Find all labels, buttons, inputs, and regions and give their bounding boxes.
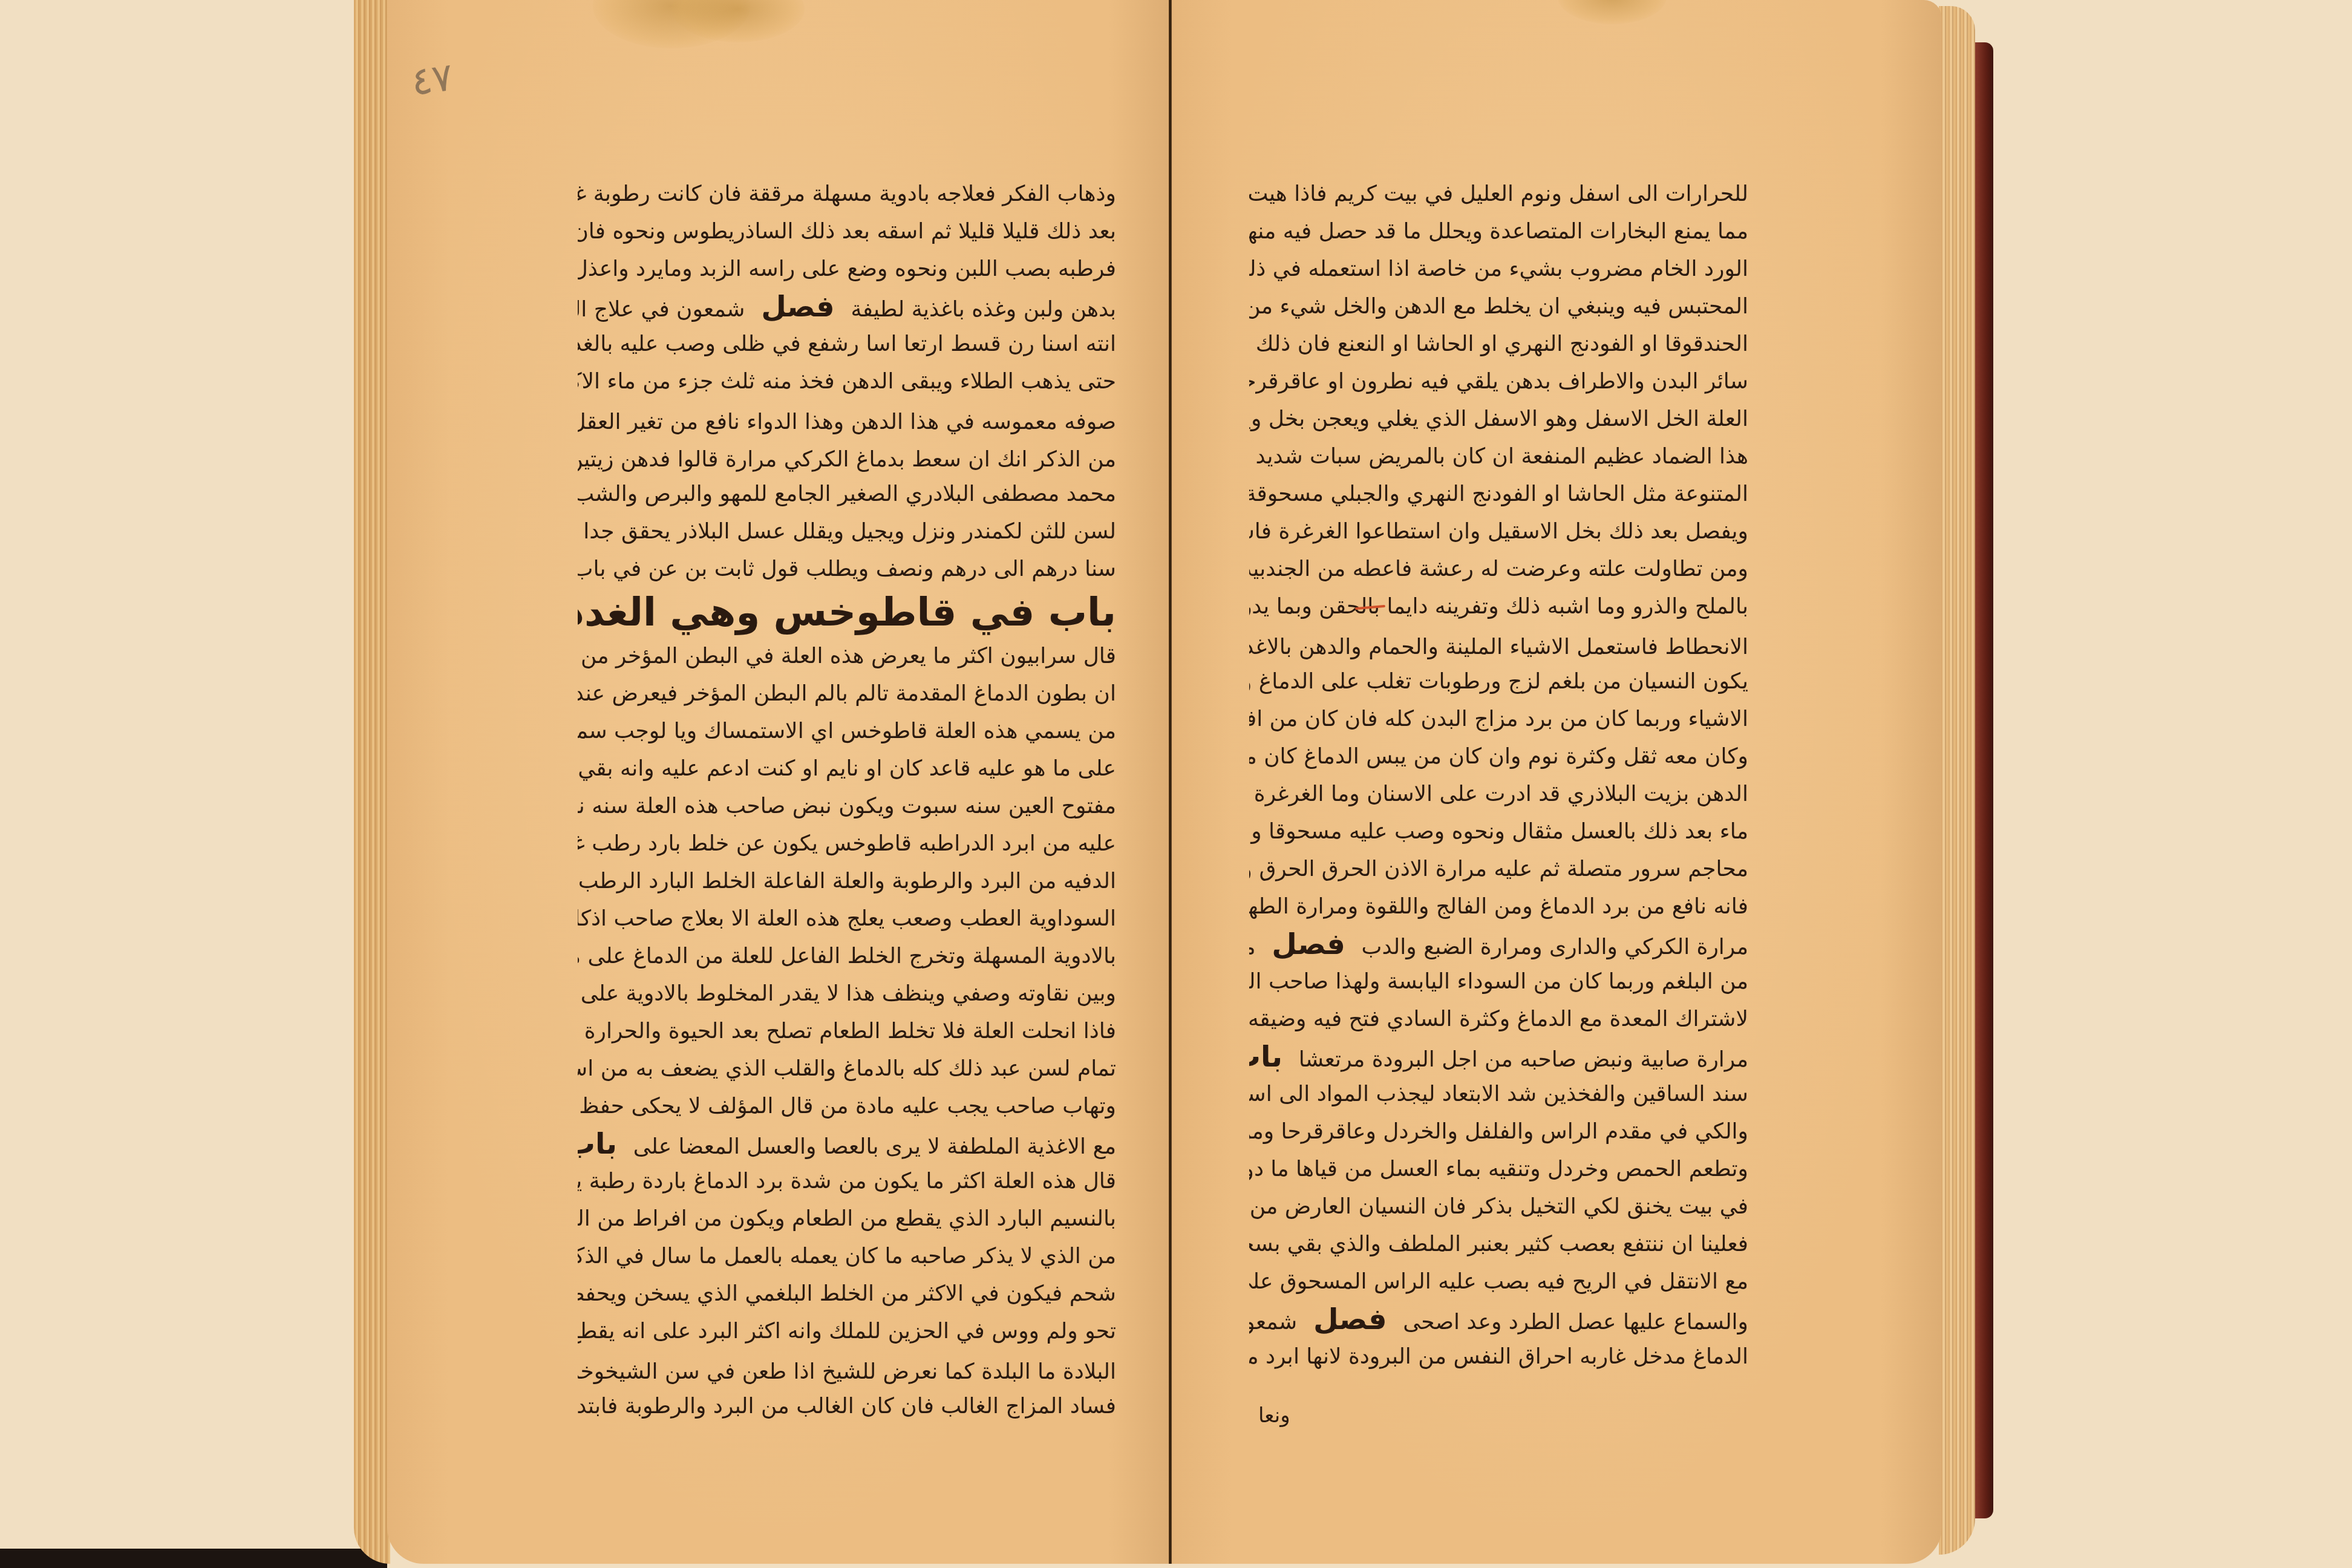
line-text: هذا الضماد عظيم المنفعة ان كان بالمريض س… [1249, 444, 1748, 469]
line-text: بالملح والذرو وما اشبه ذلك وتفرينه دايما… [1249, 594, 1748, 619]
manuscript-line: الحندقوقا او الفودنج النهري او الحاشا او… [1249, 325, 1748, 363]
manuscript-line: ان بطون الدماغ المقدمة تالم بالم البطن ا… [578, 675, 1116, 713]
line-text: سند الساقين والفخذين شد الابتعاد ليجذب ا… [1249, 1082, 1748, 1106]
line-text: يكون النسيان من بلغم لزج ورطوبات تغلب عل… [1249, 669, 1748, 694]
line-text: للحرارات الى اسفل ونوم العليل في بيت كري… [1249, 181, 1748, 206]
manuscript-line: الورد الخام مضروب بشيء من خاصة اذا استعم… [1249, 250, 1748, 288]
manuscript-line: من البلغم وربما كان من السوداء اليابسة و… [1249, 963, 1748, 1001]
water-stain [1558, 0, 1667, 24]
manuscript-line: مع الانتقل في الريح فيه بصب عليه الراس ا… [1249, 1263, 1748, 1301]
line-text: السوداوية العطب وصعب يعلج هذه العلة الا … [578, 906, 1116, 931]
manuscript-line: حتى يذهب الطلاء ويبقى الدهن فخذ منه ثلث … [578, 363, 1116, 400]
line-text: وذهاب الفكر فعلاجه بادوية مسهلة مرققة فا… [578, 181, 1116, 206]
manuscript-line: انته اسنا رن قسط ارتعا اسا رشفع في ظلى و… [578, 325, 1116, 363]
manuscript-line: صوفه معموسه في هذا الدهن وهذا الدواء ناف… [578, 400, 1116, 438]
line-text: قال هذه العلة اكثر ما يكون من شدة برد ال… [578, 1169, 1116, 1194]
manuscript-line: من يسمي هذه العلة قاطوخس اي الاستمساك وي… [578, 713, 1116, 750]
manuscript-line: بدهن ولبن وغذه باغذية لطيفة فصل شمعون في… [578, 288, 1116, 325]
manuscript-line: للحرارات الى اسفل ونوم العليل في بيت كري… [1249, 175, 1748, 213]
manuscript-line: قال سرابيون اكثر ما يعرض هذه العلة في ال… [578, 638, 1116, 675]
line-text: من الذكر انك ان سعط بدماغ الكركي مرارة ق… [578, 447, 1116, 472]
line-text: الحندقوقا او الفودنج النهري او الحاشا او… [1249, 332, 1748, 356]
manuscript-line: الدهن بزيت البلاذري قد ادرت على الاسنان … [1249, 776, 1748, 813]
line-text: حتى يذهب الطلاء ويبقى الدهن فخذ منه ثلث … [578, 369, 1116, 394]
line-text: من الذي لا يذكر صاحبه ما كان يعمله بالعم… [578, 1244, 1116, 1269]
line-text: ان بطون الدماغ المقدمة تالم بالم البطن ا… [578, 681, 1116, 706]
line-text: بعد ذلك قليلا قليلا ثم اسقه بعد ذلك السا… [578, 219, 1116, 244]
manuscript-line: بالملح والذرو وما اشبه ذلك وتفرينه دايما… [1249, 588, 1748, 626]
line-text: فعلينا ان ننتفع بعصب كثير بعنبر الملطف و… [1249, 1232, 1748, 1256]
right-page-text-block: للحرارات الى اسفل ونوم العليل في بيت كري… [1249, 175, 1748, 1376]
manuscript-line: وبين نقاوته وصفي وينظف هذا لا يقدر المخل… [578, 975, 1116, 1013]
line-text: في بيت يخنق لكي التخيل بذكر فان النسيان … [1249, 1194, 1748, 1219]
line-text: الورد الخام مضروب بشيء من خاصة اذا استعم… [1249, 256, 1748, 281]
rubric-section-marker: باب [578, 1127, 633, 1161]
line-text: مع الانتقل في الريح فيه بصب عليه الراس ا… [1249, 1269, 1748, 1294]
line-text: انته اسنا رن قسط ارتعا اسا رشفع في ظلى و… [578, 332, 1116, 356]
red-leather-cover-edge [1975, 42, 1993, 1518]
manuscript-line: عليه من ابرد الدراطبه قاطوخس يكون عن خلط… [578, 825, 1116, 863]
line-text: محاجم سرور متصلة ثم عليه مرارة الاذن الح… [1249, 857, 1748, 881]
line-text-continued: مجهول النسيان اكثره [1249, 935, 1256, 959]
line-text: فساد المزاج الغالب فان كان الغالب من الب… [578, 1394, 1116, 1419]
line-text: ومن تطاولت علته وعرضت له رعشة فاعطه من ا… [1249, 557, 1748, 581]
line-text: على ما هو عليه قاعد كان او نايم او كنت ا… [578, 756, 1116, 781]
manuscript-line: سند الساقين والفخذين شد الابتعاد ليجذب ا… [1249, 1076, 1748, 1113]
line-text: المتنوعة مثل الحاشا او الفودنج النهري وا… [1249, 482, 1748, 506]
book-gutter [1169, 0, 1172, 1564]
manuscript-line: تمام لسن عبد ذلك كله بالدماغ والقلب الذي… [578, 1050, 1116, 1088]
line-text: شحم فيكون في الاكثر من الخلط البلغمي الذ… [578, 1281, 1116, 1306]
manuscript-line: مع الاغذية الملطفة لا يرى بالعصا والعسل … [578, 1125, 1116, 1163]
line-text: لاشتراك المعدة مع الدماغ وكثرة السادي فت… [1249, 1007, 1748, 1031]
line-text: الدهن بزيت البلاذري قد ادرت على الاسنان … [1249, 782, 1748, 806]
line-text: صوفه معموسه في هذا الدهن وهذا الدواء ناف… [578, 410, 1116, 434]
line-text: وتهاب صاحب يجب عليه مادة من قال المؤلف ل… [578, 1094, 1116, 1119]
line-text: ويفصل بعد ذلك بخل الاسقيل وان استطاعوا ا… [1249, 519, 1748, 544]
manuscript-line: يكون النسيان من بلغم لزج ورطوبات تغلب عل… [1249, 663, 1748, 701]
line-text: مفتوح العين سنه سبوت ويكون نبض صاحب هذه … [578, 794, 1116, 818]
line-text: تحو ولم ووس في الحزين للملك وانه اكثر ال… [578, 1319, 1116, 1344]
manuscript-line: الدفيه من البرد والرطوبة والعلة الفاعلة … [578, 863, 1116, 900]
right-page-stack-edge [1939, 6, 1975, 1555]
line-text: مع الاغذية الملطفة لا يرى بالعصا والعسل … [633, 1134, 1116, 1159]
line-text: الاشياء وربما كان من برد مزاج البدن كله … [1249, 707, 1748, 731]
manuscript-line: قال هذه العلة اكثر ما يكون من شدة برد ال… [578, 1163, 1116, 1200]
line-text: بالادوية المسهلة وتخرج الخلط الفاعل للعل… [578, 944, 1116, 969]
line-text: سائر البدن والاطراف بدهن يلقي فيه نطرون … [1249, 369, 1748, 394]
manuscript-line: مرارة الكركي والدارى ومرارة الضبع والدب … [1249, 926, 1748, 963]
line-text: من البلغم وربما كان من السوداء اليابسة و… [1249, 969, 1748, 994]
line-text: والكي في مقدم الراس والفلفل والخردل وعاق… [1249, 1119, 1748, 1144]
line-text: المحتبس فيه وينبغي ان يخلط مع الدهن والخ… [1249, 294, 1748, 319]
manuscript-line: الدماغ مدخل غاربه احراق النفس من البرودة… [1249, 1338, 1748, 1376]
left-page-stack-edge [354, 0, 390, 1564]
manuscript-line: فساد المزاج الغالب فان كان الغالب من الب… [578, 1388, 1116, 1425]
line-text: بالنسيم البارد الذي يقطع من الطعام ويكون… [578, 1206, 1116, 1231]
manuscript-line: المتنوعة مثل الحاشا او الفودنج النهري وا… [1249, 475, 1748, 513]
rubric-section-marker: باب [1249, 1040, 1299, 1074]
manuscript-line: البلادة ما البلدة كما نعرض للشيخ اذا طعن… [578, 1350, 1116, 1388]
manuscript-line: وكان معه ثقل وكثرة نوم وان كان من يبس ال… [1249, 738, 1748, 776]
manuscript-line: فانه نافع من برد الدماغ ومن الفالج واللق… [1249, 888, 1748, 926]
line-text: والسماع عليها عصل الطرد وعد اصحى [1403, 1310, 1748, 1334]
manuscript-line: بالنسيم البارد الذي يقطع من الطعام ويكون… [578, 1200, 1116, 1238]
line-text: فرطبه بصب اللبن ونحوه وضع على راسه الزبد… [578, 256, 1116, 281]
line-text: عليه من ابرد الدراطبه قاطوخس يكون عن خلط… [578, 831, 1116, 856]
line-text: الانحطاط فاستعمل الاشياء الملينة والحمام… [1249, 635, 1748, 659]
line-text: من يسمي هذه العلة قاطوخس اي الاستمساك وي… [578, 719, 1116, 743]
line-text: سنا درهم الى درهم ونصف ويطلب قول ثابت بن… [578, 557, 1116, 581]
line-text: وكان معه ثقل وكثرة نوم وان كان من يبس ال… [1249, 744, 1748, 769]
chapter-heading: باب في قاطوخس وهي الغدد في الدماغ ويسمى … [578, 588, 1116, 638]
line-text-continued: شمعون في علاج النسيان تتم الحفظ جسد اسما [578, 297, 745, 322]
manuscript-line: المحتبس فيه وينبغي ان يخلط مع الدهن والخ… [1249, 288, 1748, 325]
manuscript-line: وتطعم الحمص وخردل وتنقيه بماء العسل من ق… [1249, 1151, 1748, 1188]
rubric-section-marker: فصل [1297, 1302, 1403, 1336]
folio-number: ٤٧ [408, 55, 456, 105]
open-manuscript: ٤٧ وذهاب الفكر فعلاجه بادوية مسهلة مرققة… [0, 0, 2352, 1568]
manuscript-line: الاشياء وربما كان من برد مزاج البدن كله … [1249, 701, 1748, 738]
manuscript-line: وذهاب الفكر فعلاجه بادوية مسهلة مرققة فا… [578, 175, 1116, 213]
manuscript-line: محاجم سرور متصلة ثم عليه مرارة الاذن الح… [1249, 851, 1748, 888]
manuscript-line: مرارة صابية ونبض صاحبه من اجل البرودة مر… [1249, 1038, 1748, 1076]
manuscript-line: فاذا انحلت العلة فلا تخلط الطعام تصلح بع… [578, 1013, 1116, 1050]
manuscript-line: من الذي لا يذكر صاحبه ما كان يعمله بالعم… [578, 1238, 1116, 1275]
line-text: الدفيه من البرد والرطوبة والعلة الفاعلة … [578, 869, 1116, 893]
line-text: ماء بعد ذلك بالعسل مثقال ونحوه وصب عليه … [1249, 819, 1748, 844]
catchword: ونعا [1258, 1403, 1290, 1428]
manuscript-line: سائر البدن والاطراف بدهن يلقي فيه نطرون … [1249, 363, 1748, 400]
left-page-text-block: وذهاب الفكر فعلاجه بادوية مسهلة مرققة فا… [578, 175, 1116, 1425]
line-text: العلة الخل الاسفل وهو الاسفل الذي يغلي و… [1249, 407, 1748, 431]
manuscript-line: لاشتراك المعدة مع الدماغ وكثرة السادي فت… [1249, 1001, 1748, 1038]
manuscript-line: لسن للثن لكمندر ونزل ويجيل ويقلل عسل الب… [578, 513, 1116, 550]
line-text: وبين نقاوته وصفي وينظف هذا لا يقدر المخل… [578, 981, 1116, 1006]
line-text: وتطعم الحمص وخردل وتنقيه بماء العسل من ق… [1249, 1157, 1748, 1181]
manuscript-line: من الذكر انك ان سعط بدماغ الكركي مرارة ق… [578, 438, 1116, 475]
manuscript-line: سنا درهم الى درهم ونصف ويطلب قول ثابت بن… [578, 550, 1116, 588]
manuscript-line: شحم فيكون في الاكثر من الخلط البلغمي الذ… [578, 1275, 1116, 1313]
manuscript-line: السوداوية العطب وصعب يعلج هذه العلة الا … [578, 900, 1116, 938]
line-text: قال سرابيون اكثر ما يعرض هذه العلة في ال… [578, 644, 1116, 668]
line-text: مرارة الكركي والدارى ومرارة الضبع والدب [1362, 935, 1748, 959]
manuscript-line: ماء بعد ذلك بالعسل مثقال ونحوه وصب عليه … [1249, 813, 1748, 851]
line-text: بدهن ولبن وغذه باغذية لطيفة [851, 297, 1116, 322]
line-text: فاذا انحلت العلة فلا تخلط الطعام تصلح بع… [578, 1019, 1116, 1044]
manuscript-line: والسماع عليها عصل الطرد وعد اصحى فصل شمع… [1249, 1301, 1748, 1338]
manuscript-line: العلة الخل الاسفل وهو الاسفل الذي يغلي و… [1249, 400, 1748, 438]
line-text: محمد مصطفى البلادري الصغير الجامع للمهو … [578, 482, 1116, 506]
rubric-section-marker: فصل [1256, 927, 1362, 961]
line-text: لسن للثن لكمندر ونزل ويجيل ويقلل عسل الب… [578, 519, 1116, 544]
heading-text: باب في قاطوخس وهي الغدد في الدماغ ويسمى … [578, 590, 1116, 635]
line-text: البلادة ما البلدة كما نعرض للشيخ اذا طعن… [578, 1359, 1116, 1384]
line-text: الدماغ مدخل غاربه احراق النفس من البرودة… [1249, 1344, 1748, 1369]
manuscript-line: بعد ذلك قليلا قليلا ثم اسقه بعد ذلك السا… [578, 213, 1116, 250]
manuscript-line: فعلينا ان ننتفع بعصب كثير بعنبر الملطف و… [1249, 1226, 1748, 1263]
manuscript-line: على ما هو عليه قاعد كان او نايم او كنت ا… [578, 750, 1116, 788]
manuscript-line: محمد مصطفى البلادري الصغير الجامع للمهو … [578, 475, 1116, 513]
rubric-section-marker: فصل [745, 290, 851, 324]
manuscript-line: الانحطاط فاستعمل الاشياء الملينة والحمام… [1249, 626, 1748, 663]
manuscript-line: ومن تطاولت علته وعرضت له رعشة فاعطه من ا… [1249, 550, 1748, 588]
manuscript-line: والكي في مقدم الراس والفلفل والخردل وعاق… [1249, 1113, 1748, 1151]
manuscript-line: ويفصل بعد ذلك بخل الاسقيل وان استطاعوا ا… [1249, 513, 1748, 550]
manuscript-line: بالادوية المسهلة وتخرج الخلط الفاعل للعل… [578, 938, 1116, 975]
manuscript-line: في بيت يخنق لكي التخيل بذكر فان النسيان … [1249, 1188, 1748, 1226]
line-text-continued: شمعون ان الدم يكون من احتراق [1249, 1310, 1297, 1334]
manuscript-line: فرطبه بصب اللبن ونحوه وضع على راسه الزبد… [578, 250, 1116, 288]
manuscript-line: وتهاب صاحب يجب عليه مادة من قال المؤلف ل… [578, 1088, 1116, 1125]
manuscript-line: مفتوح العين سنه سبوت ويكون نبض صاحب هذه … [578, 788, 1116, 825]
manuscript-line: تحو ولم ووس في الحزين للملك وانه اكثر ال… [578, 1313, 1116, 1350]
line-text: مما يمنع البخارات المتصاعدة ويحلل ما قد … [1249, 219, 1748, 244]
line-text: مرارة صابية ونبض صاحبه من اجل البرودة مر… [1299, 1047, 1748, 1072]
line-text: فانه نافع من برد الدماغ ومن الفالج واللق… [1249, 894, 1748, 919]
line-text: تمام لسن عبد ذلك كله بالدماغ والقلب الذي… [578, 1056, 1116, 1081]
manuscript-line: هذا الضماد عظيم المنفعة ان كان بالمريض س… [1249, 438, 1748, 475]
manuscript-line: مما يمنع البخارات المتصاعدة ويحلل ما قد … [1249, 213, 1748, 250]
